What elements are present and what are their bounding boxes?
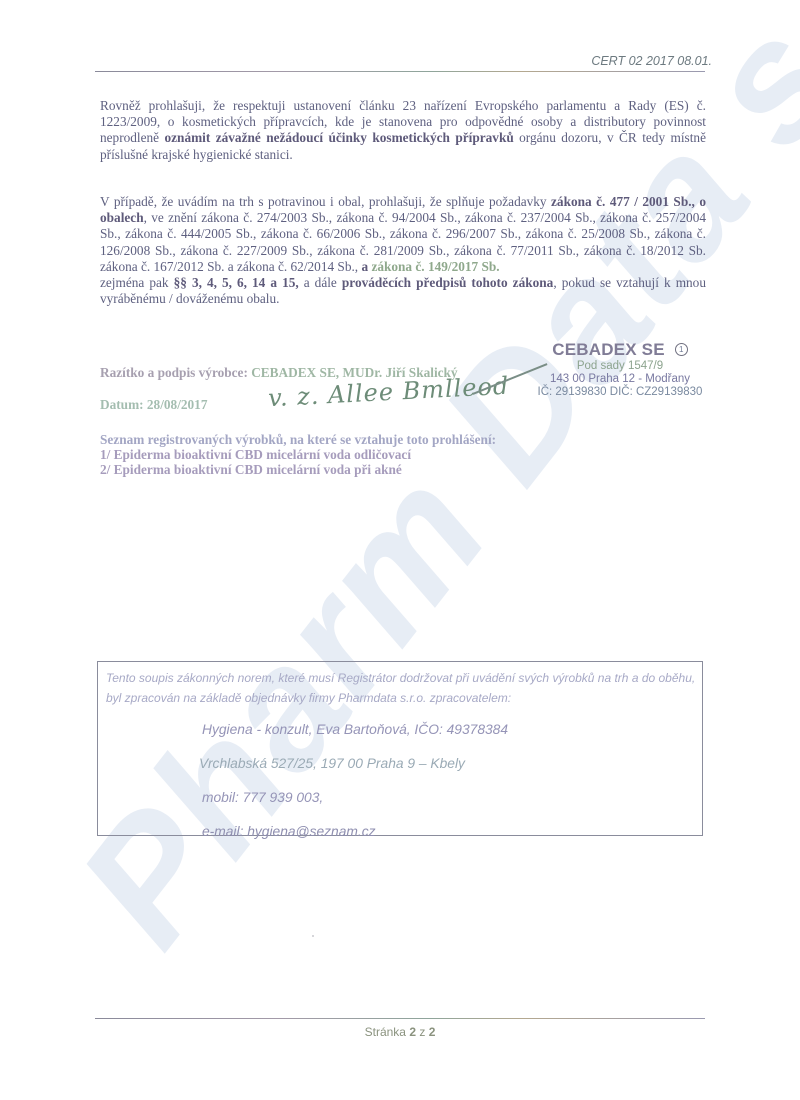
p2-specific-prefix: zejména pak — [100, 275, 174, 290]
processor-company: Hygiena - konzult, Eva Bartoňová, IČO: 4… — [202, 722, 508, 737]
page-total: 2 — [429, 1025, 436, 1039]
stamp-street: Pod sady 1547/9 — [520, 360, 720, 373]
product-list-title: Seznam registrovaných výrobků, na které … — [100, 432, 496, 447]
p2-intro: V případě, že uvádím na trh s potravinou… — [100, 194, 551, 209]
processor-info-box: Tento soupis zákonných norem, které musí… — [97, 661, 703, 836]
header-rule — [95, 71, 705, 72]
document-code: CERT 02 2017 08.01. — [591, 54, 712, 68]
stamp-company: CEBADEX SE — [552, 340, 665, 359]
signature-label: Razítko a podpis výrobce: — [100, 365, 251, 380]
stamp-city: 143 00 Praha 12 - Modřany — [520, 373, 720, 386]
date-value: 28/08/2017 — [147, 397, 208, 412]
scan-speck — [312, 935, 314, 937]
page-label: Stránka — [365, 1025, 410, 1039]
processor-email[interactable]: e-mail: hygiena@seznam.cz — [202, 824, 376, 839]
date-label: Datum: — [100, 397, 147, 412]
product-list: Seznam registrovaných výrobků, na které … — [100, 432, 496, 477]
p2-regulations: prováděcích předpisů tohoto zákona — [342, 275, 553, 290]
date-line: Datum: 28/08/2017 — [100, 397, 207, 413]
p1-bold: oznámit závažné nežádoucí účinky kosmeti… — [165, 130, 514, 145]
paragraph-cosmetics-declaration: Rovněž prohlašuji, že respektuji ustanov… — [100, 98, 706, 163]
page-current: 2 — [409, 1025, 416, 1039]
processor-intro: Tento soupis zákonných norem, které musí… — [106, 668, 696, 708]
company-stamp: CEBADEX SE1 Pod sady 1547/9 143 00 Praha… — [520, 340, 720, 399]
page-footer: Stránka 2 z 2 — [0, 1025, 800, 1039]
processor-mobile: mobil: 777 939 003, — [202, 790, 323, 805]
page-separator: z — [416, 1025, 429, 1039]
processor-address: Vrchlabská 527/25, 197 00 Praha 9 – Kbel… — [199, 756, 465, 771]
stamp-mark-icon: 1 — [675, 343, 688, 356]
stamp-ids: IČ: 29139830 DIČ: CZ29139830 — [520, 386, 720, 399]
footer-rule — [95, 1018, 705, 1019]
product-item: 1/ Epiderma bioaktivní CBD micelární vod… — [100, 447, 496, 462]
paragraph-packaging-declaration: V případě, že uvádím na trh s potravinou… — [100, 194, 706, 307]
p2-last-law: zákona č. 149/2017 Sb. — [371, 259, 499, 274]
p2-specific-mid: a dále — [299, 275, 342, 290]
p2-sections: §§ 3, 4, 5, 6, 14 a 15, — [174, 275, 299, 290]
product-item: 2/ Epiderma bioaktivní CBD micelární vod… — [100, 462, 496, 477]
p2-and: a — [361, 259, 368, 274]
